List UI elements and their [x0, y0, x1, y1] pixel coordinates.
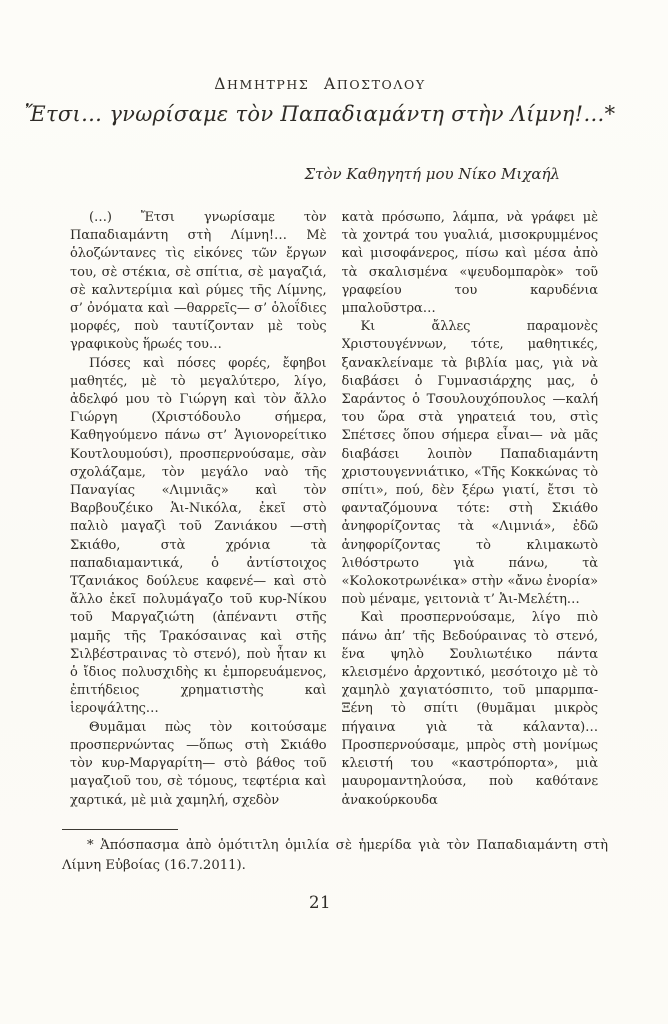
book-page: ΔΗΜΗΤΡΗΣ ΑΠΟΣΤΟΛΟΥ Ἔτσι… γνωρίσαμε τὸν Π… [0, 0, 668, 1024]
author-word: ΑΠΟΣΤΟΛΟΥ [324, 74, 426, 93]
paragraph: Θυμᾶμαι πὼς τὸν κοιτούσαμε προσπερνώντας… [70, 719, 327, 810]
article-title: Ἔτσι… γνωρίσαμε τὸν Παπαδιαμάντη στὴν Λί… [0, 102, 640, 126]
footnote: * Ἀπόσπασμα ἀπὸ ὁμότιτλη ὁμιλία σὲ ἡμερί… [62, 836, 608, 875]
author-word: ΔΗΜΗΤΡΗΣ [214, 74, 309, 93]
page-number: 21 [0, 893, 640, 912]
right-column: κατὰ πρόσωπο, λάμπα, νὰ γράφει μὲ τὰ χον… [342, 209, 599, 825]
paragraph: Κι ἄλλες παραμονὲς Χριστουγέννων, τότε, … [342, 318, 599, 609]
left-column: (…) Ἔτσι γνωρίσαμε τὸν Παπαδιαμάντη στὴ … [70, 209, 327, 825]
paragraph: Καὶ προσπερνούσαμε, λίγο πιὸ πάνω ἀπ’ τῆ… [342, 609, 599, 809]
author-heading: ΔΗΜΗΤΡΗΣ ΑΠΟΣΤΟΛΟΥ [0, 74, 640, 93]
paragraph: Πόσες καὶ πόσες φορές, ἔφηβοι μαθητές, μ… [70, 355, 327, 719]
footnote-separator [62, 829, 178, 830]
dedication: Στὸν Καθηγητή μου Νίκο Μιχαήλ [0, 165, 560, 183]
paragraph: κατὰ πρόσωπο, λάμπα, νὰ γράφει μὲ τὰ χον… [342, 209, 599, 318]
paragraph: (…) Ἔτσι γνωρίσαμε τὸν Παπαδιαμάντη στὴ … [70, 209, 327, 355]
text-columns: (…) Ἔτσι γνωρίσαμε τὸν Παπαδιαμάντη στὴ … [70, 209, 598, 825]
